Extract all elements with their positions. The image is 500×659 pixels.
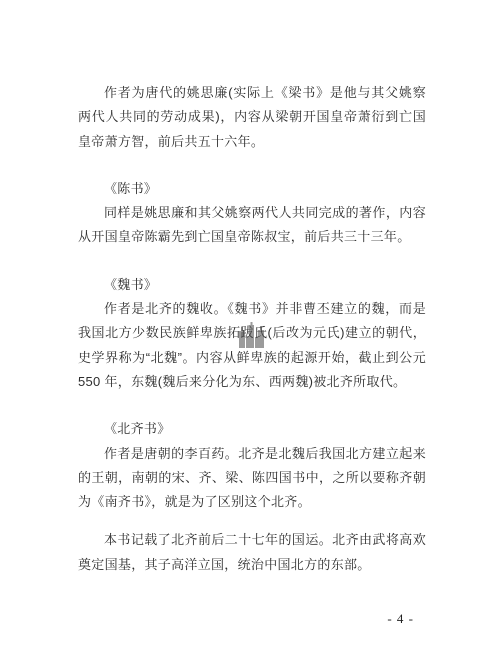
heading-beiqishu: 《北齐书》 (78, 417, 426, 441)
page-number: - 4 - (387, 611, 414, 627)
heading-chenshu: 《陈书》 (78, 177, 426, 201)
paragraph-liangshu-author: 作者为唐代的姚思廉(实际上《梁书》是他与其父姚察两代人共同的劳动成果)，内容从梁… (78, 81, 426, 154)
paragraph-chenshu-body: 同样是姚思廉和其父姚察两代人共同完成的著作，内容从开国皇帝陈霸先到亡国皇帝陈叔宝… (78, 201, 426, 250)
paragraph-beiqishu-body: 作者是唐朝的李百药。北齐是北魏后我国北方建立起来的王朝，南朝的宋、齐、梁、陈四国… (78, 442, 426, 515)
paragraph-weishu-body: 作者是北齐的魏收。《魏书》并非曹丕建立的魏，而是我国北方少数民族鲜卑族拓跋氏(后… (78, 297, 426, 394)
heading-weishu: 《魏书》 (78, 273, 426, 297)
document-page: 作者为唐代的姚思廉(实际上《梁书》是他与其父姚察两代人共同的劳动成果)，内容从梁… (0, 0, 500, 659)
document-body: 作者为唐代的姚思廉(实际上《梁书》是他与其父姚察两代人共同的劳动成果)，内容从梁… (78, 0, 426, 577)
paragraph-beiqi-history: 本书记载了北齐前后二十七年的国运。北齐由武将高欢奠定国基，其子高洋立国，统治中国… (78, 528, 426, 577)
